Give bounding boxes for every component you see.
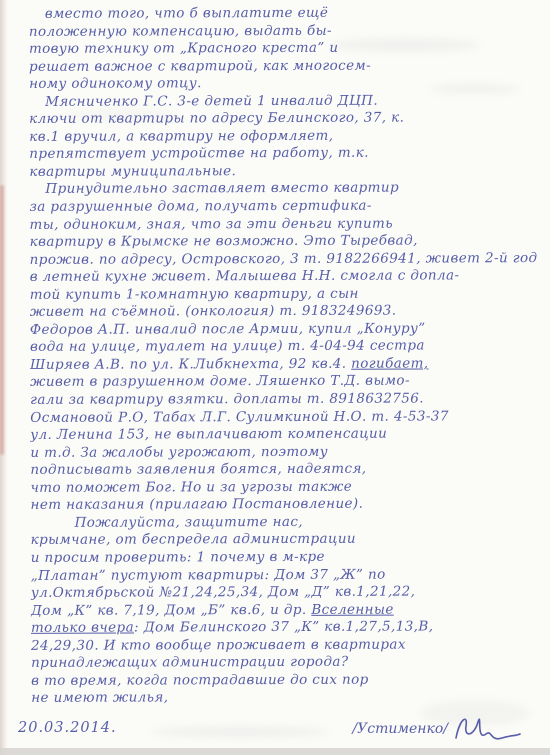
handwritten-line: и т.д. За жалобы угрожают, поэтому (30, 443, 542, 462)
handwritten-line: за разрушенные дома, получать сертифика- (29, 197, 541, 216)
handwritten-line: Османовой Р.О, Табах Л.Г. Сулимкиной Н.О… (30, 408, 542, 427)
handwritten-line: в то время, когда пострадавшие до сих по… (31, 671, 543, 690)
handwritten-line: положенную компенсацию, выдать бы- (29, 22, 541, 41)
handwritten-line: прожив. по адресу, Островского, 3 т. 918… (30, 250, 542, 269)
handwritten-line: препятствует устройстве на работу, т.к. (29, 144, 541, 163)
handwritten-line: Мясниченко Г.С. 3-е детей 1 инвалид ДЦП. (29, 92, 541, 111)
handwritten-line: вода на улице, туалет на улице) т. 4-04-… (30, 337, 542, 356)
handwritten-line: Принудительно заставляет вместо квартир (29, 180, 541, 199)
handwritten-line: крымчане, от беспредела администрации (31, 531, 543, 550)
handwritten-line: Дом „К” кв. 7,19, Дом „Б” кв.6, и др. Вс… (31, 601, 543, 620)
handwritten-line: ты, одиноким, зная, что за эти деньги ку… (30, 215, 542, 234)
handwritten-line: живет на съёмной. (онкология) т. 9183249… (30, 302, 542, 321)
handwritten-line: Пожалуйста, защитите нас, (31, 513, 543, 532)
handwritten-line: „Платан” пустуют квартиры: Дом 37 „Ж” по (31, 566, 543, 585)
scanned-letter-page: вместо того, что б выплатите ещёположенн… (0, 0, 550, 755)
handwritten-line: живет в разрушенном доме. Ляшенко Т.Д. в… (30, 373, 542, 392)
handwritten-line: нет наказания (прилагаю Постановление). (30, 495, 542, 514)
handwritten-line: товую технику от „Красного креста” и (29, 39, 541, 58)
signature-name: /Устименко/ (352, 721, 448, 737)
handwritten-line: квартиры муниципальные. (29, 162, 541, 181)
letter-lines: вместо того, что б выплатите ещёположенн… (29, 4, 543, 708)
handwritten-line: гали за квартиру взятки. доплаты т. 8918… (30, 390, 542, 409)
handwritten-line: и просим проверить: 1 почему в м-кре (31, 548, 543, 567)
handwritten-line: решает важное с квартирой, как многосем- (29, 57, 541, 76)
handwritten-line: подписывать заявления боятся, надеятся, (30, 460, 542, 479)
bleed-through-artifact (150, 726, 330, 738)
handwritten-line: только вчера: Дом Белинского 37 „К” кв.1… (31, 618, 543, 637)
handwritten-line: ному одинокому отцу. (29, 74, 541, 93)
handwritten-line: в летней кухне живет. Малышева Н.Н. смог… (30, 267, 542, 286)
handwritten-line: принадлежащих администрации города? (31, 653, 543, 672)
letter-date: 20.03.2014. (18, 720, 117, 736)
signature-block: /Устименко/ (352, 712, 522, 746)
scan-edge-artifact (0, 748, 550, 755)
handwritten-line: квартиру в Крымске не возможно. Это Тыре… (30, 232, 542, 251)
handwritten-line: Ширяев А.В. по ул. К.Либкнехта, 92 кв.4.… (30, 355, 542, 374)
handwritten-line: ул. Ленина 153, не выплачивают компенсац… (30, 425, 542, 444)
handwritten-line: той купить 1-комнатную квартиру, а сын (30, 285, 542, 304)
handwritten-line: Федоров А.П. инвалид после Армии, купил … (30, 320, 542, 339)
handwritten-line: вместо того, что б выплатите ещё (29, 4, 541, 23)
handwritten-line: ул.Октябрьской №21,24,25,34, Дом „Д” кв.… (31, 583, 543, 602)
handwritten-line: 24,29,30. И кто вообще проживает в кварт… (31, 636, 543, 655)
scan-edge-artifact (0, 185, 4, 455)
handwritten-line: кв.1 вручил, а квартиру не оформляет, (29, 127, 541, 146)
handwritten-line: не имеют жилья, (31, 688, 543, 707)
handwritten-line: что поможет Бог. Но и за угрозы также (30, 478, 542, 497)
signature-flourish-icon (452, 712, 522, 746)
handwritten-line: ключи от квартиры по адресу Белинского, … (29, 109, 541, 128)
